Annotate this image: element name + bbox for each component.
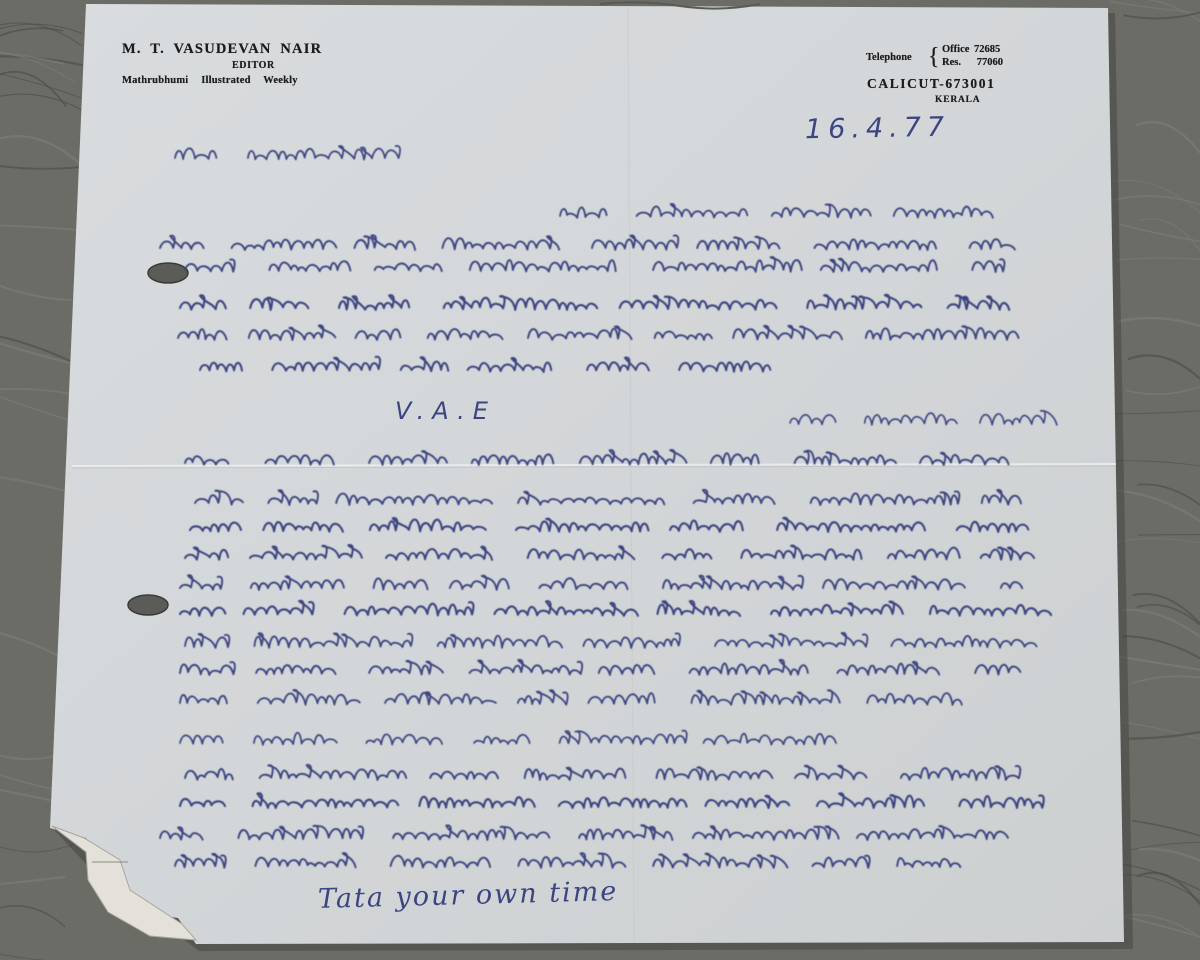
letterhead-state: KERALA — [935, 95, 980, 105]
telephone-label: Telephone — [866, 52, 912, 63]
punch-hole — [148, 263, 188, 283]
letterhead-name: M. T. VASUDEVAN NAIR — [122, 41, 322, 58]
letter-date: 16.4.77 — [805, 112, 951, 146]
letterhead-publication: Mathrubhumi Illustrated Weekly — [122, 75, 298, 86]
letter-paper — [0, 0, 1200, 960]
initials-fragment: V.A.E — [395, 397, 496, 425]
office-phone: Office 72685 — [942, 44, 1000, 55]
brace-symbol: { — [928, 44, 940, 71]
letterhead-city: CALICUT-673001 — [867, 76, 995, 92]
punch-hole — [128, 595, 168, 615]
letterhead-role: EDITOR — [232, 60, 275, 71]
residence-phone: Res. 77060 — [942, 57, 1003, 68]
